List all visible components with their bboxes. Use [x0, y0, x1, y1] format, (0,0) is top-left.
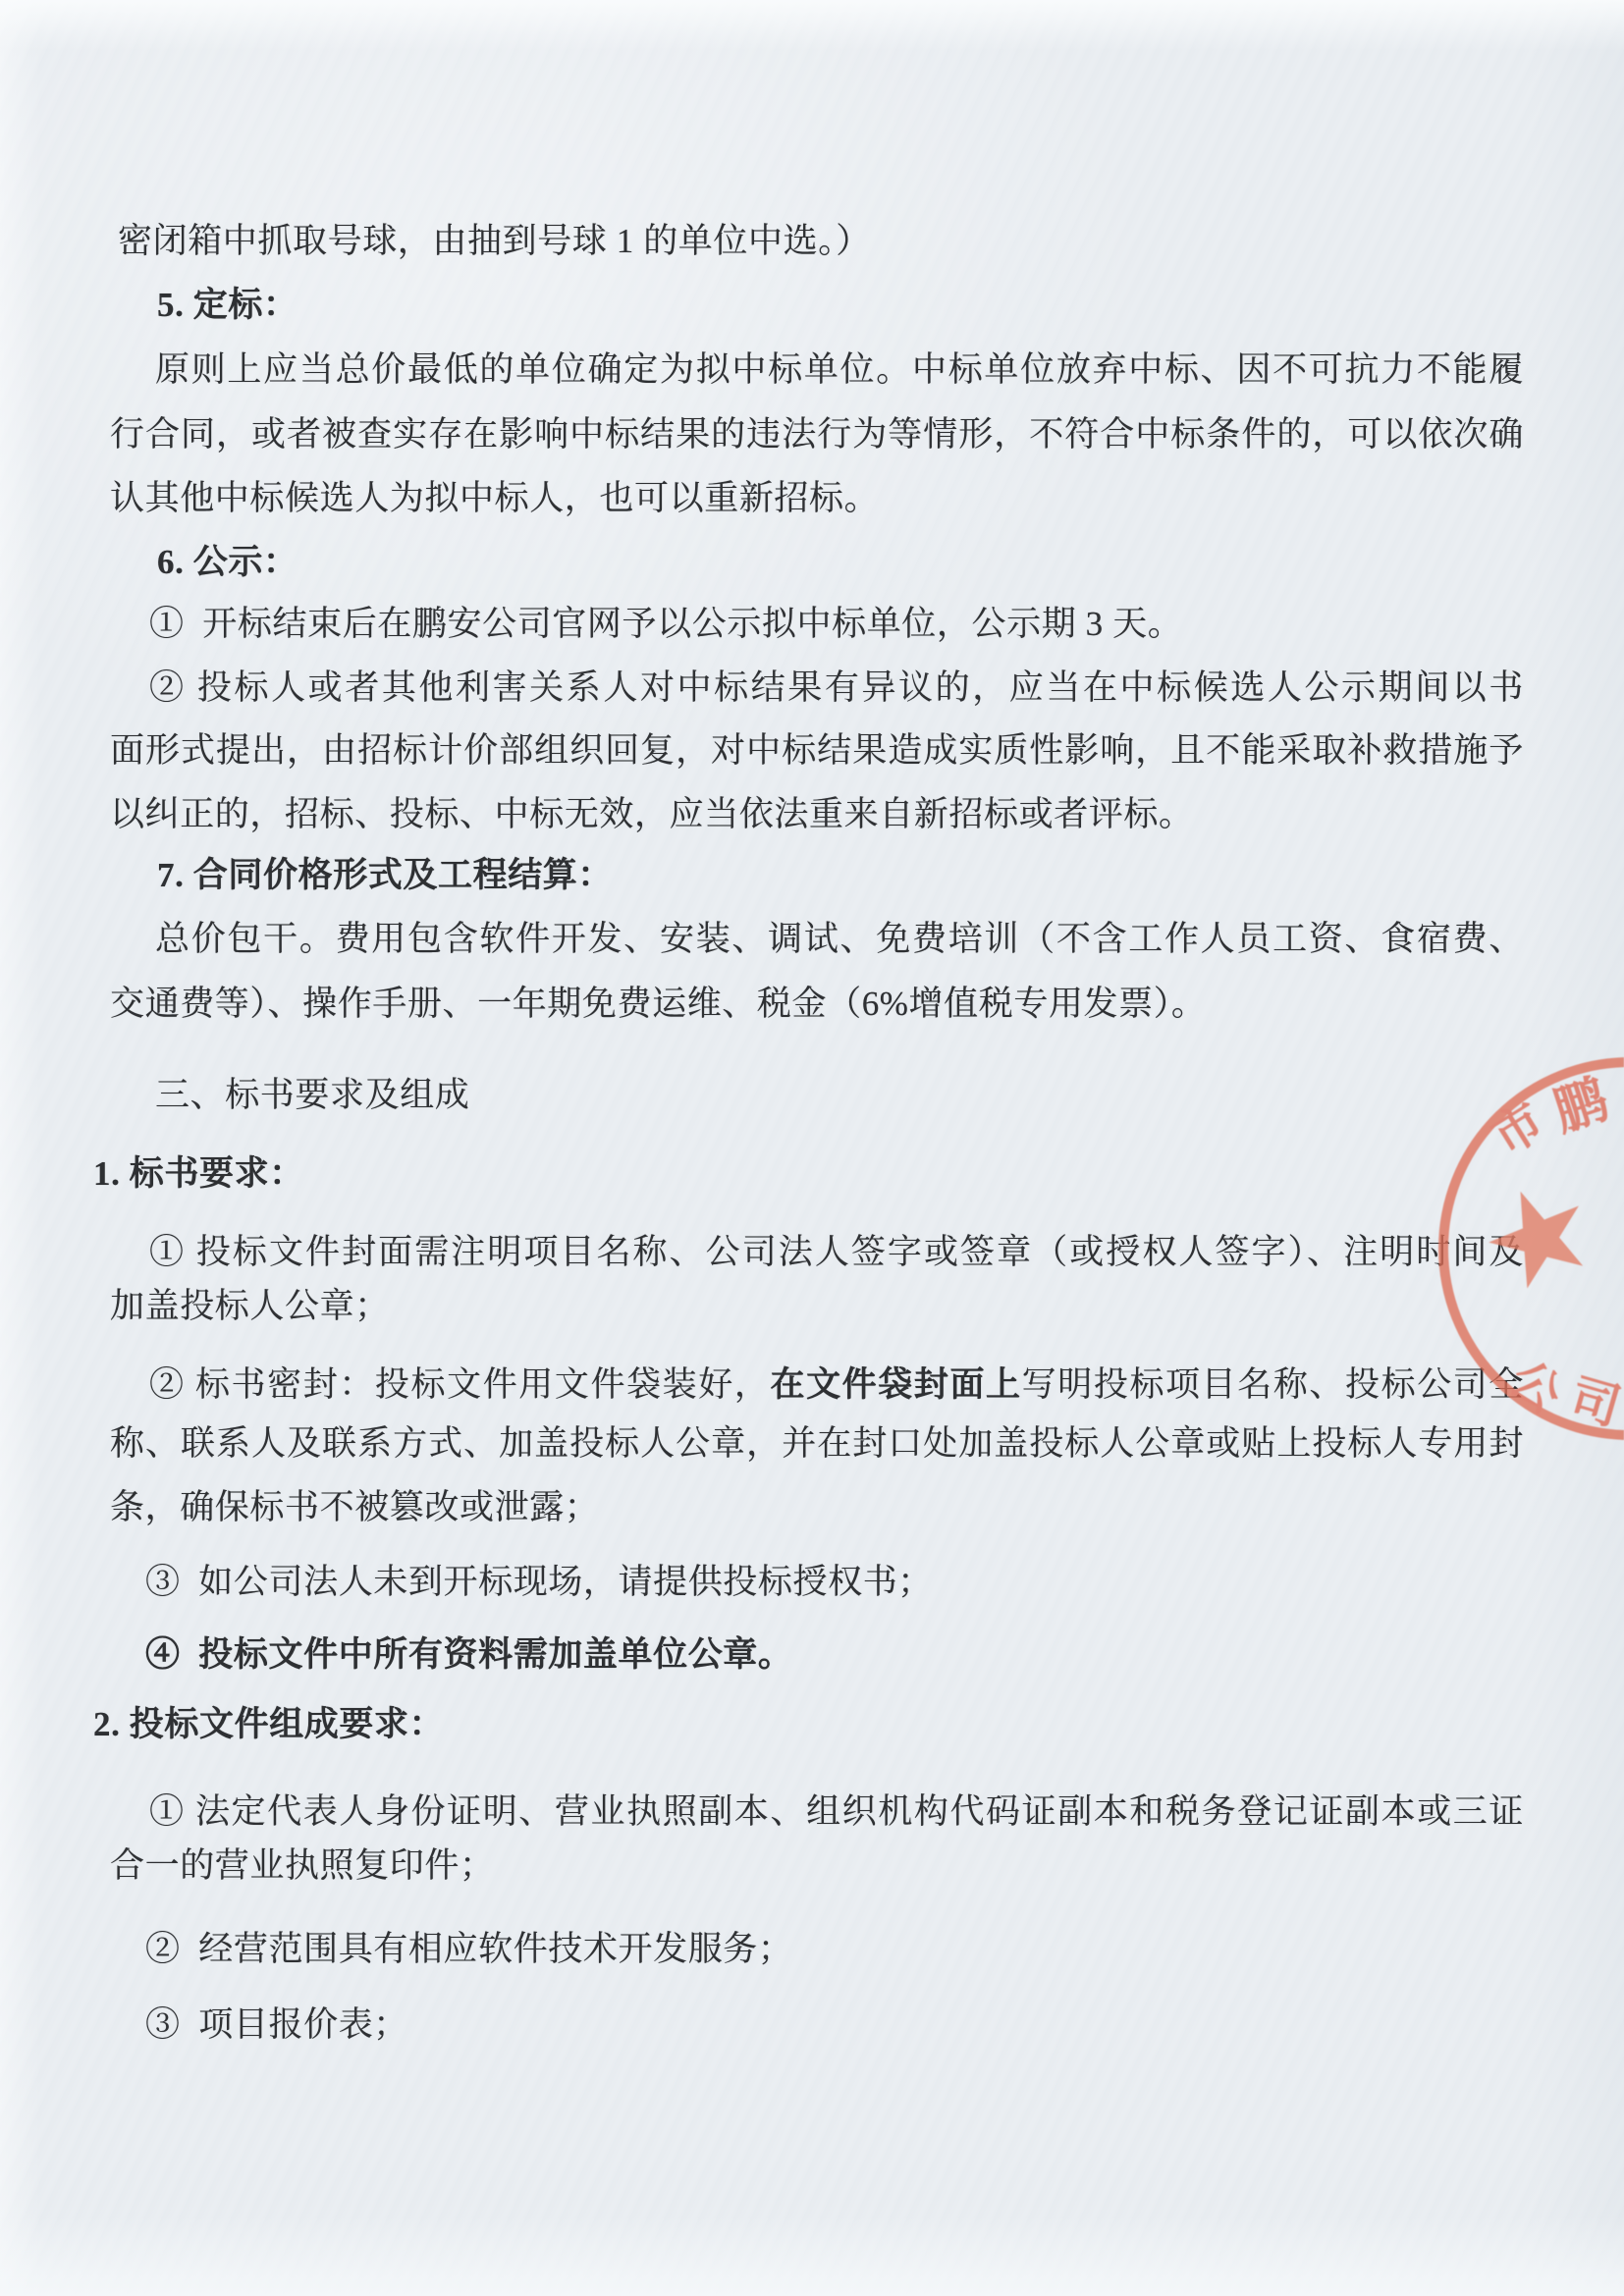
seal-char-bottom-1: 公 [1500, 1351, 1572, 1424]
text-line: ② 标书密封：投标文件用文件袋装好，在文件袋封面上写明投标项目名称、投标公司全 [149, 1362, 1524, 1408]
text-line: 7. 合同价格形式及工程结算： [157, 852, 613, 898]
text-segment: ② 标书密封：投标文件用文件袋装好， [149, 1365, 770, 1404]
text-line: 加盖投标人公章； [110, 1283, 390, 1329]
text-segment: ① 投标文件封面需注明项目名称、公司法人签字或签章（或授权人签字）、注明时间及 [149, 1233, 1524, 1271]
text-segment: 6. 公示： [157, 543, 298, 581]
text-segment: 2. 投标文件组成要求： [93, 1705, 444, 1743]
text-segment: ② 经营范围具有相应软件技术开发服务； [145, 1930, 793, 1968]
text-segment: ① 法定代表人身份证明、营业执照副本、组织机构代码证副本和税务登记证副本或三证 [149, 1792, 1524, 1831]
text-segment: 条，确保标书不被篡改或泄露； [110, 1488, 599, 1526]
company-seal-stamp: 市 鹏 公 司 [1412, 1041, 1624, 1465]
text-line: 1. 标书要求： [93, 1150, 304, 1197]
text-line: 三、标书要求及组成 [155, 1072, 469, 1118]
seal-char-top-1: 市 [1483, 1093, 1553, 1165]
text-line: ④ 投标文件中所有资料需加盖单位公章。 [145, 1631, 793, 1678]
text-line: ① 开标结束后在鹏安公司官网予以公示拟中标单位，公示期 3 天。 [149, 601, 1182, 647]
text-line: 交通费等）、操作手册、一年期免费运维、税金（6%增值税专用发票）。 [110, 981, 1206, 1027]
text-segment: 7. 合同价格形式及工程结算： [157, 856, 613, 894]
text-line: ① 法定代表人身份证明、营业执照副本、组织机构代码证副本和税务登记证副本或三证 [149, 1789, 1524, 1835]
text-segment: ① 开标结束后在鹏安公司官网予以公示拟中标单位，公示期 3 天。 [149, 605, 1182, 643]
document-page: 密闭箱中抓取号球，由抽到号球 1 的单位中选。）5. 定标：原则上应当总价最低的… [0, 0, 1624, 2296]
text-line: ① 投标文件封面需注明项目名称、公司法人签字或签章（或授权人签字）、注明时间及 [149, 1229, 1524, 1275]
text-line: 2. 投标文件组成要求： [93, 1701, 444, 1747]
text-segment: 三、标书要求及组成 [155, 1076, 469, 1114]
text-line: 称、联系人及联系方式、加盖投标人公章，并在封口处加盖投标人公章或贴上投标人专用封 [110, 1420, 1524, 1467]
text-segment: 交通费等）、操作手册、一年期免费运维、税金（6%增值税专用发票）。 [110, 985, 1206, 1023]
text-segment: 总价包干。费用包含软件开发、安装、调试、免费培训（不含工作人员工资、食宿费、 [155, 920, 1524, 958]
text-line: 密闭箱中抓取号球，由抽到号球 1 的单位中选。） [118, 218, 871, 264]
text-line: 以纠正的，招标、投标、中标无效，应当依法重来自新招标或者评标。 [110, 791, 1194, 837]
text-segment: 行合同，或者被查实存在影响中标结果的违法行为等情形，不符合中标条件的，可以依次确 [110, 415, 1524, 454]
text-segment: 认其他中标候选人为拟中标人，也可以重新招标。 [110, 479, 879, 517]
text-segment: ③ 如公司法人未到开标现场，请提供投标授权书； [145, 1563, 933, 1601]
text-segment: 原则上应当总价最低的单位确定为拟中标单位。中标单位放弃中标、因不可抗力不能履 [155, 350, 1524, 389]
text-line: 5. 定标： [157, 282, 298, 328]
text-segment: 以纠正的，招标、投标、中标无效，应当依法重来自新招标或者评标。 [110, 795, 1194, 833]
text-segment: 5. 定标： [157, 286, 298, 324]
text-segment: 加盖投标人公章； [110, 1287, 390, 1325]
text-line: ③ 如公司法人未到开标现场，请提供投标授权书； [145, 1559, 933, 1605]
text-line: 6. 公示： [157, 539, 298, 585]
text-line: 合一的营业执照复印件； [110, 1842, 495, 1889]
text-segment: 1. 标书要求： [93, 1154, 304, 1193]
text-segment: ③ 项目报价表； [145, 2005, 408, 2044]
text-line: 原则上应当总价最低的单位确定为拟中标单位。中标单位放弃中标、因不可抗力不能履 [155, 347, 1524, 393]
text-line: 认其他中标候选人为拟中标人，也可以重新招标。 [110, 475, 879, 521]
text-segment: 称、联系人及联系方式、加盖投标人公章，并在封口处加盖投标人公章或贴上投标人专用封 [110, 1424, 1524, 1463]
text-segment: ② 投标人或者其他利害关系人对中标结果有异议的，应当在中标候选人公示期间以书 [149, 668, 1524, 707]
text-segment: 面形式提出，由招标计价部组织回复，对中标结果造成实质性影响，且不能采取补救措施予 [110, 731, 1524, 770]
text-line: ③ 项目报价表； [145, 2002, 408, 2048]
text-line: 行合同，或者被查实存在影响中标结果的违法行为等情形，不符合中标条件的，可以依次确 [110, 411, 1524, 457]
text-line: 面形式提出，由招标计价部组织回复，对中标结果造成实质性影响，且不能采取补救措施予 [110, 727, 1524, 774]
text-segment: 合一的营业执照复印件； [110, 1846, 495, 1885]
text-line: 总价包干。费用包含软件开发、安装、调试、免费培训（不含工作人员工资、食宿费、 [155, 916, 1524, 962]
text-line: ② 投标人或者其他利害关系人对中标结果有异议的，应当在中标候选人公示期间以书 [149, 665, 1524, 711]
text-segment: 密闭箱中抓取号球，由抽到号球 1 的单位中选。） [118, 222, 871, 260]
text-segment: ④ 投标文件中所有资料需加盖单位公章。 [145, 1635, 793, 1674]
text-line: ② 经营范围具有相应软件技术开发服务； [145, 1926, 793, 1972]
star-icon [1476, 1173, 1600, 1295]
text-line: 条，确保标书不被篡改或泄露； [110, 1484, 599, 1530]
text-segment: 在文件袋封面上 [770, 1365, 1021, 1404]
